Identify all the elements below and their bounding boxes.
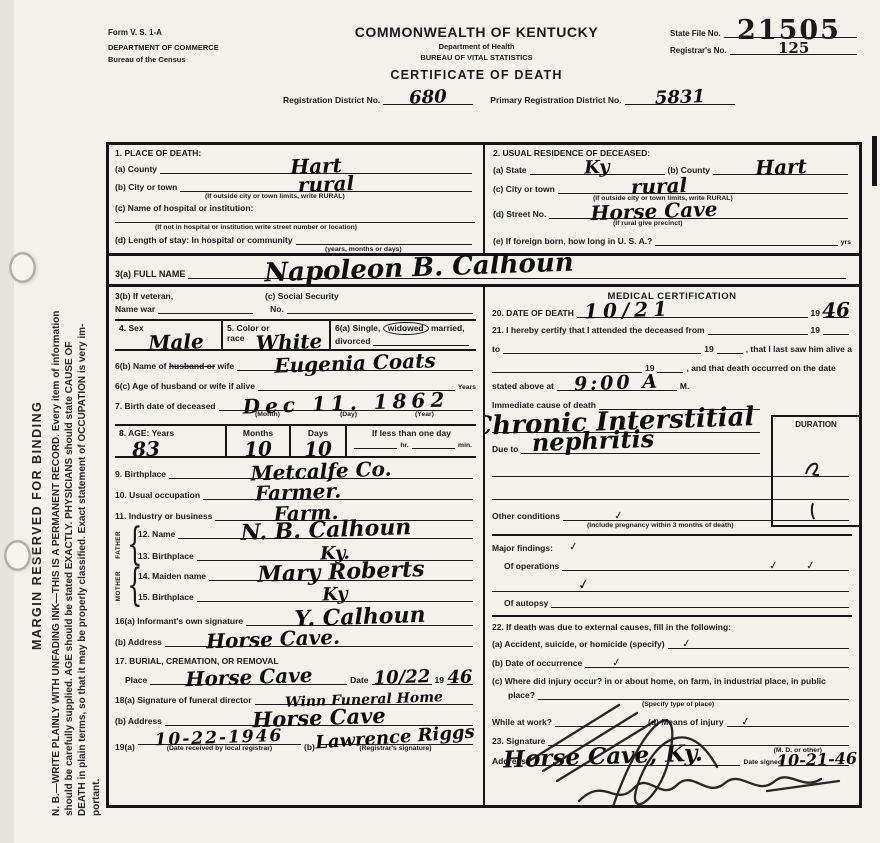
residence-foreign-suffix: yrs <box>841 239 851 246</box>
residence-state-value: Ky <box>584 159 610 178</box>
form-header: Form V. S. 1-A DEPARTMENT OF COMMERCE Bu… <box>108 24 860 105</box>
date-of-death-line: 10/21 <box>577 307 808 318</box>
external-b-label: (b) Date of occurrence <box>492 658 582 668</box>
major-findings-label: Major findings: <box>492 543 553 553</box>
form-number: Form V. S. 1-A <box>108 27 283 40</box>
external-c-note: (Specify type of place) <box>642 701 714 708</box>
dept-commerce: DEPARTMENT OF COMMERCE <box>108 42 283 54</box>
scanned-death-certificate: MARGIN RESERVED FOR BINDING N. B.—WRITE … <box>0 0 880 843</box>
sex-cell: 4. Sex Male <box>115 321 223 349</box>
birth-date-label: 7. Birth date of deceased <box>115 401 216 411</box>
reg-district-label: Registration District No. <box>283 95 380 105</box>
place-city-value: rural <box>298 173 355 195</box>
of-operations-label: Of operations <box>504 561 559 571</box>
funeral-director-label: 18(a) Signature of funeral director <box>115 695 252 705</box>
mother-brace: { <box>127 567 135 604</box>
age-hr-line <box>354 438 397 449</box>
certify-line2-year: 19 <box>704 344 713 354</box>
top-section: 1. PLACE OF DEATH: (a) County Hart (b) C… <box>109 145 859 253</box>
lower-section: 3(b) If veteran, (c) Social Security Nam… <box>109 287 859 805</box>
margin-nb-line3: DEATH in plain terms, so that it may be … <box>76 144 89 816</box>
marital-divorced-label: divorced <box>335 336 370 346</box>
occupation-line: Farmer. <box>203 489 473 500</box>
burial-date-line: 10/22 <box>372 674 432 685</box>
age-row: 8. AGE: Years 83 Months 10 Days 10 If le… <box>115 424 476 458</box>
duration-mark-squiggle <box>803 459 825 479</box>
margin-nb-note: N. B.—WRITE PLAINLY WITH UNFADING INK—TH… <box>50 144 103 816</box>
date-signed-line: 10-21-46 <box>785 755 849 766</box>
check-mark: ✓ <box>681 636 692 650</box>
other-conditions-note: (Include pregnancy within 3 months of de… <box>587 522 734 529</box>
ss-no-label: No. <box>270 304 284 314</box>
primary-district-label: Primary Registration District No. <box>490 95 621 105</box>
physician-signature-label: 23. Signature <box>492 736 545 746</box>
external-c2-label: place? <box>508 690 535 700</box>
of-operations-line: ✓ ✓ <box>562 560 849 571</box>
date-of-death-year-prefix: 19 <box>811 308 820 318</box>
of-autopsy-label: Of autopsy <box>504 598 548 608</box>
medical-column: MEDICAL CERTIFICATION 20. DATE OF DEATH … <box>485 287 859 805</box>
primary-district-value: 5831 <box>654 88 705 108</box>
section-divider <box>492 615 852 617</box>
veteran-namewar-label: Name war <box>115 304 155 314</box>
personal-column: 3(b) If veteran, (c) Social Security Nam… <box>109 287 485 805</box>
bureau-vital-statistics: BUREAU OF VITAL STATISTICS <box>283 53 670 62</box>
external-b-line: ✓ <box>585 657 849 668</box>
residence-county-value: Hart <box>754 156 806 178</box>
state-file-label: State File No. <box>670 29 721 38</box>
registrar-no-label: Registrar's No. <box>670 46 727 55</box>
age-less-cell: If less than one day hr. min. <box>347 426 476 456</box>
certify-line2-year-line <box>717 343 743 354</box>
spouse-label: 6(b) Name of husband or wife <box>115 361 234 371</box>
full-name-row: 3(a) FULL NAME Napoleon B. Calhoun <box>109 253 859 287</box>
due-to-value: nephritis <box>531 427 654 455</box>
place-city-line: rural <box>180 181 472 192</box>
header-center: COMMONWEALTH OF KENTUCKY Department of H… <box>283 24 670 82</box>
stated-above-line: 9:00 A <box>557 380 677 391</box>
veteran-block: 3(b) If veteran, <box>115 291 265 301</box>
due-to-line: nephritis <box>521 443 760 454</box>
place-of-death-section: 1. PLACE OF DEATH: (a) County Hart (b) C… <box>109 145 485 253</box>
commonwealth-title: COMMONWEALTH OF KENTUCKY <box>283 24 670 40</box>
color-value: White <box>255 331 322 353</box>
informant-signature-line: Y. Calhoun <box>246 615 473 626</box>
punch-hole <box>4 540 31 571</box>
certify-line3-post: , and that death occurred on the date <box>686 363 835 373</box>
check-mark: ✓ <box>805 558 816 572</box>
place-hospital-line <box>115 222 475 223</box>
certify-line2-post: , that I last saw him alive a <box>746 344 852 354</box>
age-days-value: 10 <box>304 439 333 460</box>
state-file-number: 21505 <box>737 21 841 41</box>
mother-side-label: MOTHER <box>115 571 124 601</box>
date-of-death-label: 20. DATE OF DEATH <box>492 308 574 318</box>
external-causes-title: 22. If death was due to external causes,… <box>492 622 731 632</box>
scan-edge-mark <box>872 136 877 186</box>
father-brace: { <box>127 526 135 563</box>
veteran-label: 3(b) If veteran, <box>115 291 173 301</box>
date-received-line: 10-22-1946 <box>138 734 301 745</box>
mother-birthplace-value: Ky <box>322 586 348 605</box>
margin-binding-text: MARGIN RESERVED FOR BINDING <box>30 401 44 650</box>
stated-above-label: stated above at <box>492 381 554 391</box>
place-county-label: (a) County <box>115 164 157 174</box>
occupation-label: 10. Usual occupation <box>115 490 200 500</box>
physician-address-value: Horse Cave, Ky. <box>503 741 703 771</box>
age-min-line <box>412 438 455 449</box>
bureau-census: Bureau of the Census <box>108 54 283 66</box>
margin-nb-line2: should be carefully supplied. AGE should… <box>63 144 76 816</box>
other-conditions-label: Other conditions <box>492 511 560 521</box>
father-name-label: 12. Name <box>138 529 175 539</box>
certify-line1-year: 19 <box>811 325 820 335</box>
residence-street-label: (d) Street No. <box>493 209 546 219</box>
full-name-line: Napoleon B. Calhoun <box>188 268 846 279</box>
margin-nb-line4: portant. <box>90 144 103 816</box>
marital-divorced-line <box>373 335 469 346</box>
burial-year-value: 46 <box>447 668 473 687</box>
reg-district-line: 680 <box>383 94 473 105</box>
external-c-line <box>538 689 849 700</box>
full-name-value: Napoleon B. Calhoun <box>263 250 573 287</box>
informant-address-line: Horse Cave. <box>165 636 473 647</box>
mother-birthplace-label: 15. Birthplace <box>138 592 194 602</box>
spouse-name-line: Eugenia Coats <box>237 360 473 371</box>
place-title: 1. PLACE OF DEATH: <box>115 148 201 158</box>
while-at-work-line <box>555 716 645 727</box>
external-a-line: ✓ <box>668 638 849 649</box>
veteran-namewar-line <box>158 303 253 314</box>
spouse-label-struck: husband or <box>169 361 215 371</box>
residence-street-value: Horse Cave <box>590 199 718 223</box>
due-to-label: Due to <box>492 444 518 454</box>
medical-certification-title: MEDICAL CERTIFICATION <box>492 291 852 302</box>
place-street-note: (If not in hospital or institution write… <box>155 224 357 231</box>
spouse-age-label: 6(c) Age of husband or wife if alive <box>115 381 255 391</box>
date-signed-value: 10-21-46 <box>777 750 858 769</box>
marital-widowed-circled: widowed <box>383 322 429 335</box>
certify-line2-pre: to <box>492 344 500 354</box>
primary-district-line: 5831 <box>625 94 735 105</box>
means-of-injury-line: ✓ <box>727 716 849 727</box>
residence-state-line: Ky <box>530 164 665 175</box>
informant-signature-label: 16(a) Informant's own signature <box>115 616 243 626</box>
marital-married-label: married, <box>431 323 465 333</box>
age-less-label: If less than one day <box>351 428 472 438</box>
certify-line1-year-line <box>823 324 849 335</box>
father-birthplace-label: 13. Birthplace <box>138 551 194 561</box>
residence-title: 2. USUAL RESIDENCE OF DECEASED: <box>493 148 650 158</box>
burial-year-line: 46 <box>447 674 473 685</box>
residence-street-line: Horse Cave <box>549 208 848 219</box>
date-of-death-year-line: 46 <box>823 307 849 318</box>
marital-single-label: 6(a) Single, <box>335 323 380 333</box>
check-mark: ✓ <box>568 539 579 553</box>
external-c-label: (c) Where did injury occur? in or about … <box>492 676 826 687</box>
place-stay-note: (years, months or days) <box>325 246 402 253</box>
registrar-signature-block: Lawrence Riggs (Registrar's signature) <box>315 734 476 752</box>
stated-above-suffix: M. <box>680 381 689 391</box>
date-of-death-year-value: 46 <box>822 300 851 321</box>
place-hospital-label: (c) Name of hospital or institution: <box>115 203 253 213</box>
residence-state-label: (a) State <box>493 165 527 175</box>
means-of-injury-label: (d) Means of injury <box>648 717 724 727</box>
header-left: Form V. S. 1-A DEPARTMENT OF COMMERCE Bu… <box>108 24 283 82</box>
burial-place-value: Horse Cave <box>185 665 313 689</box>
place-stay-line <box>296 234 472 245</box>
reg-district-value: 680 <box>409 88 447 107</box>
residence-city-line: rural <box>558 183 848 194</box>
registration-district-line: Registration District No. 680 Primary Re… <box>108 94 860 105</box>
informant-address-value: Horse Cave. <box>205 626 340 651</box>
spouse-age-suffix: Years <box>458 384 476 391</box>
physician-address-line: Horse Cave, Ky. <box>529 755 740 766</box>
age-years-cell: 8. AGE: Years 83 <box>115 426 227 456</box>
registrar-signature-label: (b) <box>304 742 315 752</box>
certificate-title: CERTIFICATE OF DEATH <box>283 68 670 82</box>
margin-nb-line1: N. B.—WRITE PLAINLY WITH UNFADING INK—TH… <box>50 144 63 816</box>
ss-label: (c) Social Security <box>265 291 339 301</box>
burial-date-label: Date <box>350 675 368 685</box>
residence-foreign-line <box>655 235 838 246</box>
scan-edge-shade <box>0 0 14 843</box>
registrar-no-value: 125 <box>778 39 809 57</box>
certificate-form: 1. PLACE OF DEATH: (a) County Hart (b) C… <box>106 142 862 808</box>
age-months-cell: Months 10 <box>227 426 291 456</box>
mother-name-value: Mary Roberts <box>257 558 425 586</box>
certify-line1-line <box>708 324 808 335</box>
color-race-cell: 5. Color or race White <box>223 321 331 349</box>
check-mark: ✓ <box>613 508 624 522</box>
age-days-cell: Days 10 <box>291 426 347 456</box>
father-side-label: FATHER <box>115 531 124 559</box>
residence-foreign-label: (e) If foreign born, how long in U. S. A… <box>493 236 652 246</box>
section-divider <box>492 534 852 536</box>
burial-year-prefix: 19 <box>435 675 444 685</box>
mother-name-label: 14. Maiden name <box>138 571 206 581</box>
residence-city-value: rural <box>631 175 688 197</box>
father-name-value: N. B. Calhoun <box>240 516 411 544</box>
of-autopsy-line <box>551 597 849 608</box>
registrar-no-line: 125 <box>730 41 857 55</box>
mother-group: MOTHER { 14. Maiden name Mary Roberts 15… <box>115 567 476 604</box>
residence-city-label: (c) City or town <box>493 184 555 194</box>
check-mark: ✓ <box>611 655 622 669</box>
burial-date-value: 10/22 <box>373 668 430 688</box>
dept-health: Department of Health <box>283 42 670 51</box>
punch-hole <box>9 252 36 283</box>
father-name-line: N. B. Calhoun <box>178 528 473 539</box>
informant-address-label: (b) Address <box>115 637 162 647</box>
place-city-label: (b) City or town <box>115 182 177 192</box>
birthplace-line: Metcalfe Co. <box>169 468 473 479</box>
age-hr-label: hr. <box>400 442 408 449</box>
date-received-value: 10-22-1946 <box>155 728 284 749</box>
sex-value: Male <box>148 331 204 353</box>
burial-place-line: Horse Cave <box>150 674 347 685</box>
state-file-line: 21505 <box>724 24 857 38</box>
date-received-label: 19(a) <box>115 742 135 752</box>
check-mark: ✓ <box>740 714 751 728</box>
funeral-address-label: (b) Address <box>115 716 162 726</box>
burial-place-label: Place <box>125 675 147 685</box>
while-at-work-label: While at work? <box>492 717 552 727</box>
usual-residence-section: 2. USUAL RESIDENCE OF DECEASED: (a) Stat… <box>485 145 859 253</box>
full-name-label: 3(a) FULL NAME <box>115 269 185 279</box>
blank-line: ✓ <box>492 581 849 592</box>
age-min-label: min. <box>458 442 472 449</box>
duration-label: DURATION <box>773 420 859 429</box>
date-of-death-value: 10/21 <box>583 298 672 321</box>
registrar-signature-line: Lawrence Riggs <box>318 734 473 745</box>
age-months-value: 10 <box>244 439 273 460</box>
certify-line3-year-line <box>657 362 683 373</box>
duration-mark-squiggle <box>803 501 825 521</box>
check-mark: ✓ <box>576 576 590 594</box>
header-right: State File No. 21505 Registrar's No. 125 <box>670 24 860 82</box>
mother-name-line: Mary Roberts <box>209 570 473 581</box>
marital-cell: 6(a) Single, widowed married, divorced <box>331 321 476 349</box>
date-received-block: 10-22-1946 (Date received by local regis… <box>135 734 304 752</box>
mother-birthplace-line: Ky <box>197 591 473 602</box>
residence-county-line: Hart <box>713 164 848 175</box>
duration-box: DURATION <box>771 415 859 527</box>
birthplace-label: 9. Birthplace <box>115 469 166 479</box>
ss-no-line <box>287 303 473 314</box>
certify-line2-line <box>503 343 701 354</box>
place-stay-label: (d) Length of stay: In hospital or commu… <box>115 235 293 245</box>
time-of-death-value: 9:00 A <box>574 373 661 395</box>
sex-label: 4. Sex <box>119 323 144 333</box>
age-years-value: 83 <box>132 439 161 460</box>
spouse-name-value: Eugenia Coats <box>274 350 436 376</box>
birth-date-line: Dec 11. 1862 <box>219 400 473 411</box>
check-mark: ✓ <box>768 558 779 572</box>
external-a-label: (a) Accident, suicide, or homicide (spec… <box>492 639 665 649</box>
certify-line1-label: 21. I hereby certify that I attended the… <box>492 325 705 335</box>
sex-color-marital-row: 4. Sex Male 5. Color or race White 6(a) … <box>115 319 476 351</box>
